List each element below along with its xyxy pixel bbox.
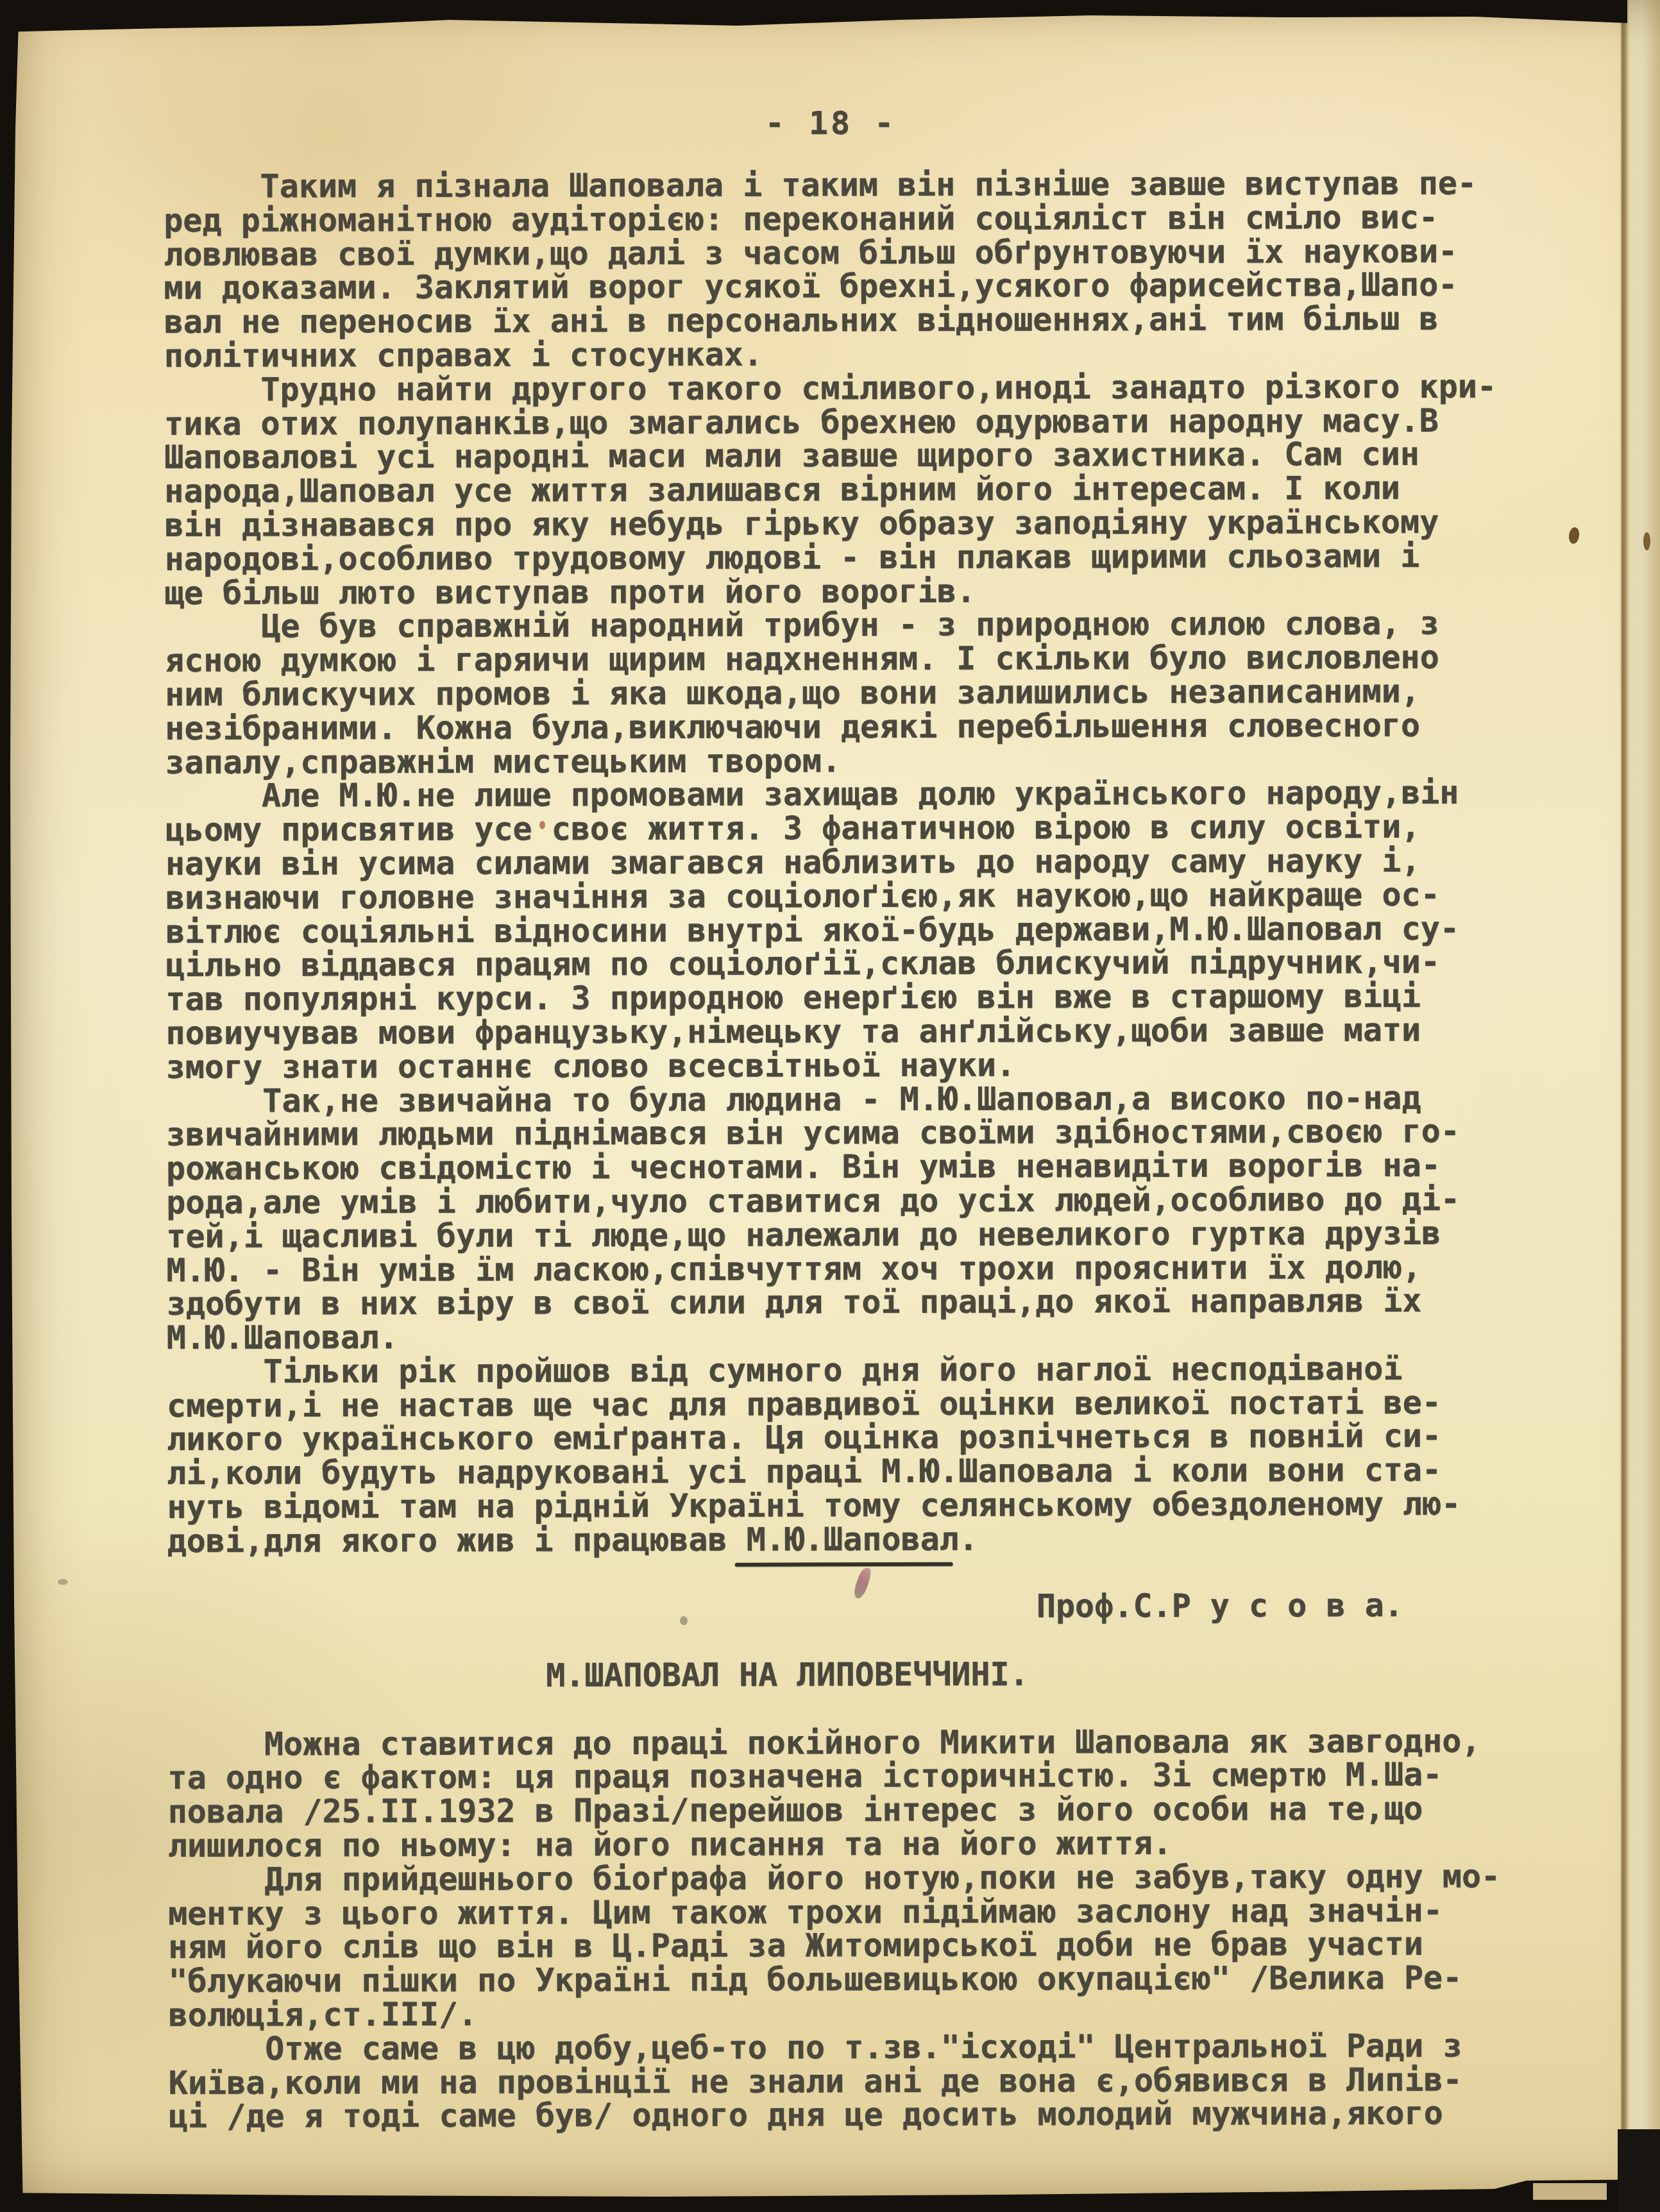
paper-hole-speck (1643, 532, 1650, 550)
text-line: тей,і щасливі були ті люде,що належали д… (166, 1216, 1545, 1253)
blank-row (167, 1690, 1546, 1727)
text-line: М.Ю.Шаповал. (167, 1317, 1546, 1355)
paper-hole-speck (1568, 527, 1580, 545)
text-line: Для прийдешнього біоґрафа його нотую,пок… (168, 1859, 1547, 1896)
page-number: - 18 - (164, 106, 1498, 140)
scan-border-top (0, 0, 1627, 33)
text-line: рожанською свідомістю і чеснотами. Він у… (166, 1148, 1545, 1185)
scan-corner-bottom-right (1618, 2129, 1660, 2212)
text-line: вал не переносив їх ані в персональних в… (164, 302, 1543, 339)
page-edge-right (1620, 0, 1660, 2212)
text-line: цьому присвятив усе своє життя. З фанати… (165, 810, 1545, 847)
page-corner-notch (1533, 2183, 1607, 2200)
text-line: волюція,ст.ІІІ/. (168, 1995, 1547, 2032)
scan-border-left (0, 0, 26, 2212)
text-line: народа,Шаповал усе життя залишався вірни… (164, 471, 1543, 509)
text-line: "блукаючи пішки по Україні під большевиц… (168, 1961, 1547, 1998)
text-line: тав популярні курси. З природною енерґіє… (165, 979, 1545, 1016)
divider-rule (735, 1562, 953, 1566)
text-line: лишилося по ньому: на його писання та на… (168, 1825, 1547, 1862)
text-line: Трудно найти другого такого сміливого,ин… (164, 369, 1543, 407)
text-line: визнаючи головне значіння за соціолоґією… (165, 877, 1545, 915)
text-line: здобути в них віру в свої сили для тої п… (167, 1284, 1546, 1321)
divider-row (167, 1555, 1546, 1592)
blank-row (167, 1623, 1546, 1660)
paper-speck (230, 1170, 236, 1176)
typed-text-column: Таким я пізнала Шаповала і таким він піз… (164, 166, 1548, 2134)
text-line: народові,особливо трудовому людові - він… (165, 539, 1544, 576)
text-line: науки він усима силами змагався наблизит… (165, 843, 1545, 881)
text-line: він дізнавався про яку небудь гірьку обр… (164, 505, 1543, 542)
text-line: ред ріжноманітною аудіторією: переконани… (164, 200, 1543, 237)
scan-border-bottom (0, 2175, 1660, 2212)
text-line: змогу знати останнє слово всесвітньої на… (166, 1047, 1545, 1084)
text-line: повала /25.ІІ.1932 в Празі/перейшов інте… (168, 1792, 1547, 1829)
paper-speck (680, 1616, 688, 1625)
text-line: повиучував мови французьку,німецьку та а… (165, 1013, 1545, 1050)
text-line: ясною думкою і гаряичи щирим надхненням.… (165, 641, 1544, 678)
text-line: Тільки рік пройшов від сумного дня його … (167, 1351, 1546, 1389)
text-line: дові,для якого жив і працював М.Ю.Шапова… (167, 1521, 1546, 1558)
text-line: незібраними. Кожна була,виключаючи деякі… (165, 708, 1544, 745)
text-line: Отже саме в цю добу,цеб-то по т.зв."ісхо… (169, 2029, 1548, 2066)
heading-row: М.ШАПОВАЛ НА ЛИПОВЕЧЧИНІ. (167, 1656, 1546, 1693)
text-line: нуть відомі там на рідній Україні тому с… (167, 1487, 1546, 1524)
text-line: рода,але умів і любити,чуло ставитися до… (166, 1182, 1545, 1219)
text-line: Таким я пізнала Шаповала і таким він піз… (164, 166, 1543, 203)
text-line: ним блискучих промов і яка шкода,що вони… (165, 674, 1544, 711)
paper-speck (58, 1579, 68, 1585)
text-line: політичних справах і стосунках. (164, 335, 1543, 373)
text-line: ці /де я тоді саме був/ одного дня це до… (169, 2097, 1548, 2134)
scanned-typewritten-page: - 18 - Таким я пізнала Шаповала і таким … (0, 0, 1660, 2212)
paper-speck (539, 821, 545, 829)
